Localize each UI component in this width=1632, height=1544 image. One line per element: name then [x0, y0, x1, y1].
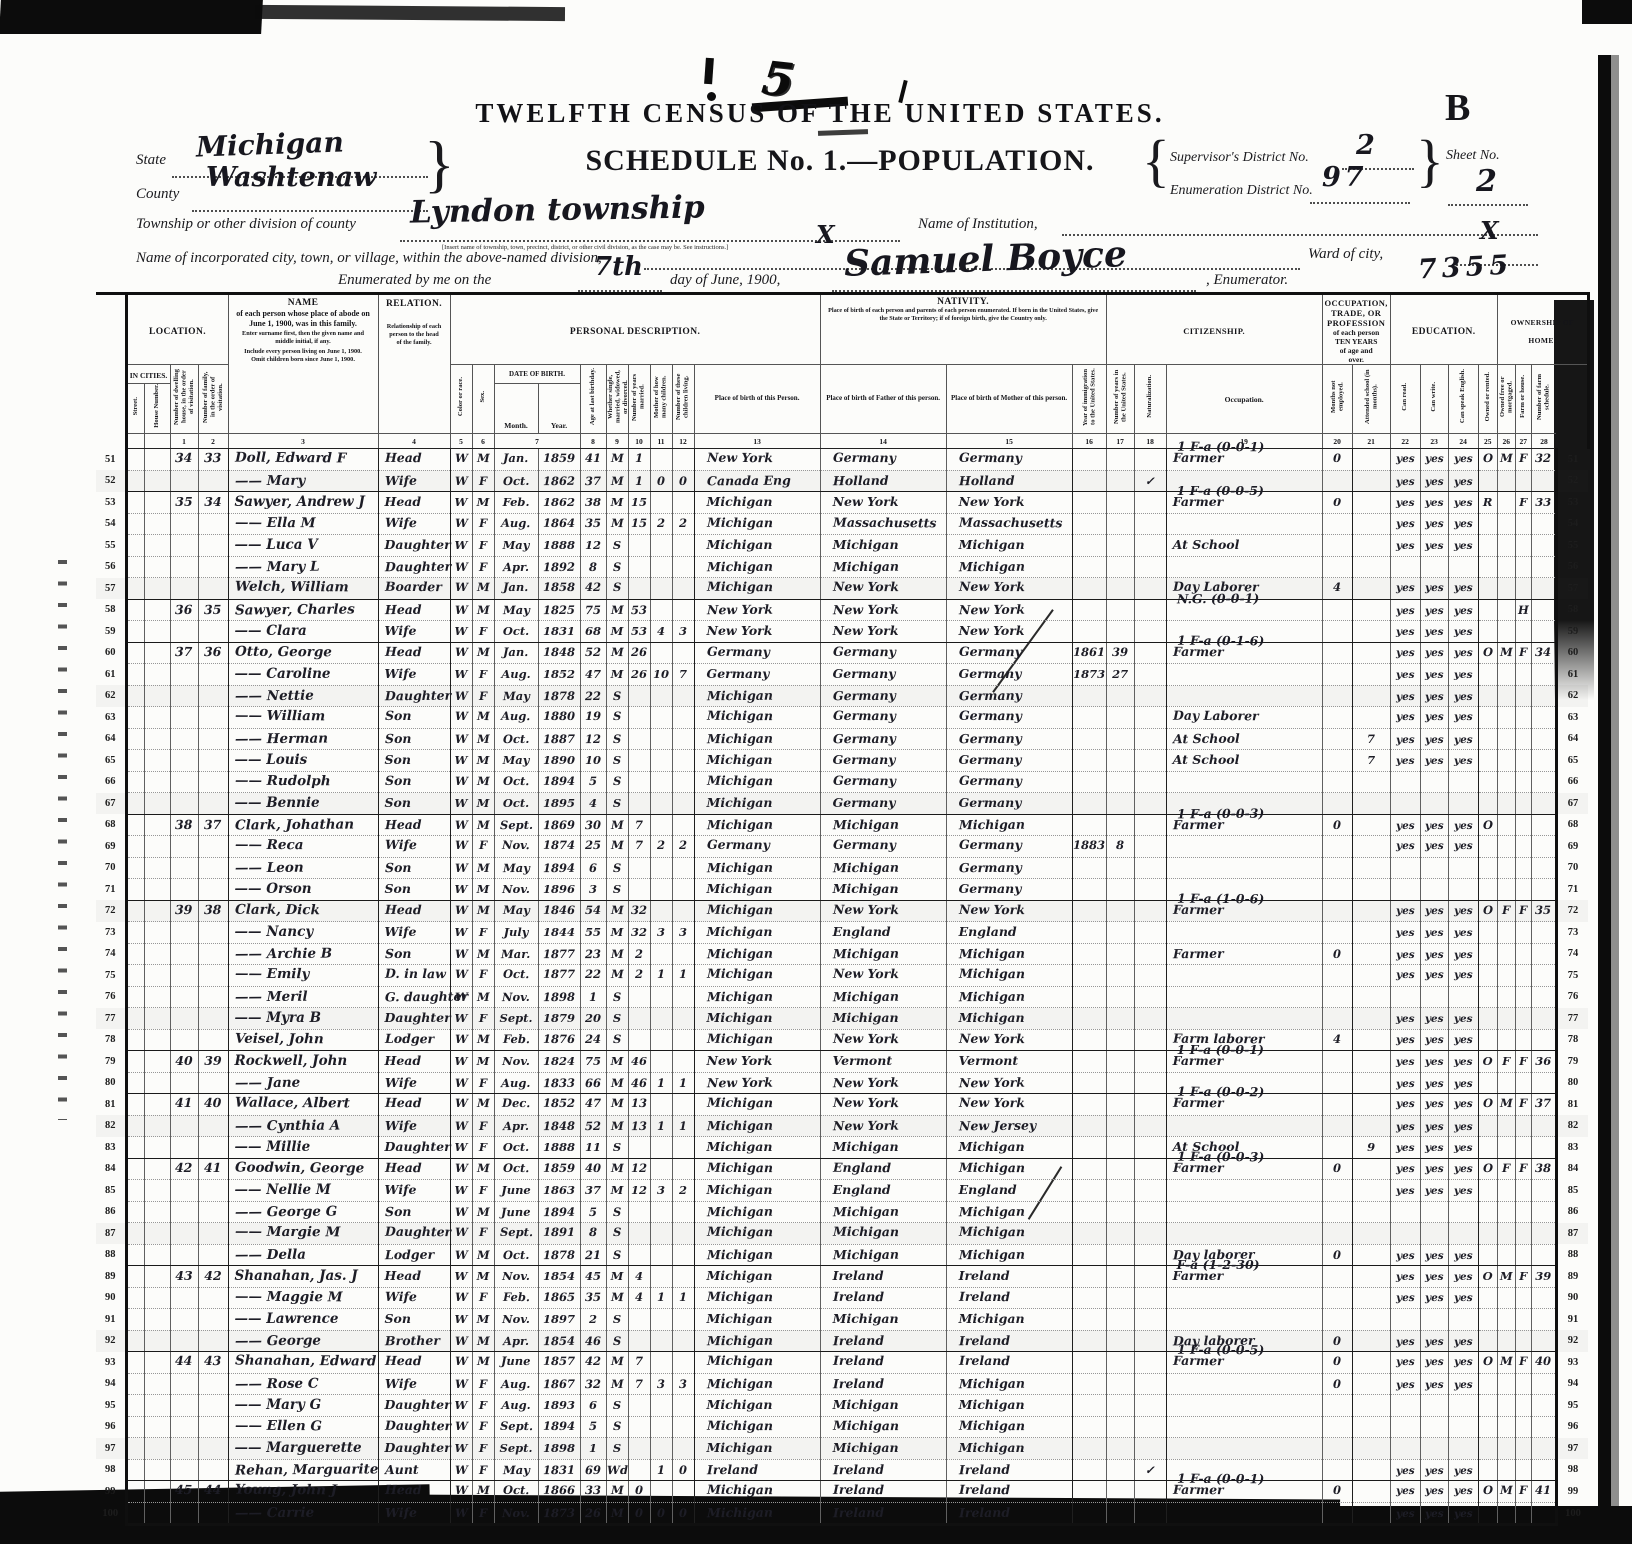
cell-value: Michigan [707, 1311, 773, 1326]
cell-value: W [454, 990, 467, 1004]
cell-value: 1 [679, 1290, 687, 1304]
cell-nm: —— Mary [228, 470, 378, 492]
cell-wr: yes [1420, 750, 1448, 772]
cell-f: 34 [198, 492, 228, 514]
row-number-left: 55 [96, 535, 126, 557]
cell-value: 8 [1116, 838, 1124, 852]
cell-ym: 2 [628, 965, 650, 987]
cell-value: Michigan [833, 558, 899, 574]
cell-wr: yes [1420, 836, 1448, 858]
cell-m: M [606, 922, 628, 944]
cell-value: Aug. [501, 1398, 530, 1412]
cell-value: 1852 [543, 667, 575, 681]
cell-b3: Germany [946, 707, 1072, 729]
cell-st [126, 1029, 144, 1051]
cell-o3 [1515, 1459, 1531, 1481]
cell-f [198, 1201, 228, 1223]
cell-hn [144, 664, 170, 686]
cell-value: Jan. [503, 580, 528, 594]
cell-iy [1072, 707, 1106, 729]
cell-value: W [455, 1483, 468, 1497]
cell-b3: Germany [946, 836, 1072, 858]
cell-f [198, 728, 228, 750]
cell-value: 9 [1367, 1140, 1375, 1154]
cell-f [198, 556, 228, 578]
cell-o2 [1497, 556, 1515, 578]
occupation-annotation: N.G. (0-0-1) [1177, 590, 1259, 606]
cell-f [198, 771, 228, 793]
cell-value: yes [1396, 1379, 1415, 1391]
cell-o1: O [1478, 900, 1497, 922]
cell-mu [1322, 771, 1352, 793]
cell-sc [1352, 1094, 1390, 1116]
cell-value: M [611, 838, 624, 852]
cell-b2: New York [820, 1029, 946, 1051]
cell-value: 1 [657, 1290, 665, 1304]
cell-value: yes [1396, 647, 1415, 659]
row-number-left: 71 [96, 879, 126, 901]
cell-b2: Michigan [820, 535, 946, 557]
cell-value: yes [1396, 1078, 1415, 1090]
cell-rd: yes [1390, 1373, 1420, 1395]
cell-o4 [1531, 728, 1556, 750]
cell-value: Oct. [503, 967, 529, 981]
cell-na [1134, 1352, 1166, 1374]
cell-value: 45 [175, 1482, 193, 1497]
cell-value: yes [1454, 840, 1473, 852]
cell-ym [628, 685, 650, 707]
cell-value: 40 [175, 1053, 192, 1068]
cell-value: Wife [384, 515, 416, 530]
cell-c: W [450, 1158, 472, 1180]
header-education: EDUCATION. [1390, 294, 1497, 365]
cell-sc [1352, 1309, 1390, 1331]
cell-value: 34 [204, 494, 221, 509]
cell-ym [628, 1438, 650, 1460]
cell-value: Lodger [384, 1031, 433, 1046]
cell-sc: 9 [1352, 1137, 1390, 1159]
cell-value: Michigan [706, 1160, 772, 1175]
ward-value: X [1480, 216, 1499, 245]
cell-en [1448, 1223, 1478, 1245]
cell-value: S [613, 732, 621, 746]
cell-value: yes [1454, 518, 1473, 530]
cell-value: Germany [959, 795, 1022, 810]
cell-o1 [1478, 771, 1497, 793]
cell-o3: F [1515, 1352, 1531, 1374]
cell-value: Wife [385, 924, 417, 939]
header-citizenship: CITIZENSHIP. [1106, 294, 1322, 365]
row-number-left: 87 [96, 1223, 126, 1245]
cell-cl [672, 986, 694, 1008]
cell-value: 0 [1333, 1334, 1341, 1348]
cell-m: M [606, 1051, 628, 1073]
cell-s: M [472, 1352, 494, 1374]
cell-st [126, 814, 144, 836]
cell-age: 46 [580, 1330, 606, 1352]
cell-iu [1106, 556, 1134, 578]
cell-value: yes [1454, 927, 1473, 939]
cell-iu [1106, 1029, 1134, 1051]
cell-c: W [450, 1072, 472, 1094]
cell-d [170, 986, 198, 1008]
cell-st [126, 1373, 144, 1395]
cell-value: Daughter [385, 537, 451, 552]
cell-o2 [1497, 470, 1515, 492]
cell-nm: Rockwell, John [228, 1051, 378, 1073]
header-dwelling-number: Number of dwelling house, in the order o… [170, 365, 198, 434]
cell-value: Sept. [499, 1419, 532, 1433]
cell-mc: 0 [650, 470, 672, 492]
cell-o4: 38 [1531, 1158, 1556, 1180]
row-number-right: 86 [1556, 1201, 1588, 1223]
cell-value: O [1483, 1354, 1493, 1368]
cell-mo: Oct. [494, 1158, 538, 1180]
cell-o2 [1497, 836, 1515, 858]
cell-nm: —— Della [228, 1244, 378, 1266]
cell-yr: 1857 [538, 1352, 580, 1374]
cell-value: W [454, 732, 467, 746]
cell-iu [1106, 965, 1134, 987]
cell-na [1134, 1201, 1166, 1223]
cell-rd [1390, 1395, 1420, 1417]
cell-value: W [455, 967, 468, 981]
cell-yr: 1876 [538, 1029, 580, 1051]
cell-hn [144, 1008, 170, 1030]
cell-sc [1352, 814, 1390, 836]
cell-value: yes [1396, 1465, 1415, 1477]
cell-value: 1862 [543, 474, 575, 488]
cell-value: New York [833, 902, 899, 917]
cell-rel: Wife [378, 1502, 450, 1525]
cell-b3: Michigan [946, 1395, 1072, 1417]
cell-sc [1352, 900, 1390, 922]
cell-c: W [450, 900, 472, 922]
cell-mc [650, 750, 672, 772]
cell-sc [1352, 1115, 1390, 1137]
cell-o3: F [1515, 900, 1531, 922]
cell-value: F [1519, 1354, 1527, 1368]
cell-mo: Oct. [494, 470, 538, 492]
cell-en: yes [1448, 1373, 1478, 1395]
cell-st [126, 470, 144, 492]
cell-o4: 35 [1531, 900, 1556, 922]
cell-b2: Michigan [820, 556, 946, 578]
cell-o4 [1531, 814, 1556, 836]
row-number-left: 60 [96, 642, 126, 664]
cell-st [126, 793, 144, 815]
cell-na [1134, 664, 1166, 686]
cell-wr: yes [1420, 1180, 1448, 1202]
cell-value: M [477, 1054, 490, 1068]
cell-mu [1322, 1438, 1352, 1460]
cell-value: Michigan [706, 1031, 772, 1046]
cell-b1: Michigan [694, 1373, 820, 1395]
cell-value: Veisel, John [234, 1030, 323, 1047]
cell-oc [1166, 513, 1322, 535]
cell-f: 40 [198, 1094, 228, 1116]
cell-iu [1106, 685, 1134, 707]
cell-value: yes [1425, 969, 1444, 981]
cell-mc [650, 793, 672, 815]
cell-s: F [472, 1373, 494, 1395]
cell-wr: yes [1420, 535, 1448, 557]
enumeration-district-value: 97 [1322, 162, 1368, 193]
cell-value: Rockwell, John [235, 1053, 348, 1069]
cell-en: yes [1448, 492, 1478, 514]
cell-value: Ireland [959, 1333, 1010, 1348]
cell-mo: May [494, 857, 538, 879]
cell-mc [650, 1223, 672, 1245]
cell-d: 41 [170, 1094, 198, 1116]
cell-b3: New York [946, 1094, 1072, 1116]
cell-value: 1852 [543, 1096, 575, 1110]
cell-st [126, 1459, 144, 1481]
census-row: 683837Clark, JohathanHeadWMSept.186930M7… [96, 814, 1588, 836]
cell-value: Germany [959, 644, 1022, 659]
cell-o2 [1497, 1287, 1515, 1309]
cell-value: M [1500, 645, 1513, 659]
cell-value: yes [1425, 1356, 1444, 1368]
cell-age: 41 [580, 449, 606, 471]
cell-value: 1893 [543, 1398, 575, 1412]
cell-mo: Jan. [494, 449, 538, 471]
cell-s: M [472, 642, 494, 664]
cell-d [170, 879, 198, 901]
cell-value: 75 [585, 1054, 601, 1068]
column-number: 2 [198, 434, 228, 449]
cell-o4 [1531, 1137, 1556, 1159]
cell-value: Massachusetts [833, 514, 937, 530]
cell-oc: F-a (1-2-30)Farmer [1166, 1266, 1322, 1288]
scan-mark [704, 58, 714, 84]
cell-yr: 1898 [538, 986, 580, 1008]
cell-ym [628, 857, 650, 879]
cell-oc [1166, 556, 1322, 578]
cell-d [170, 1223, 198, 1245]
row-number-right: 79 [1556, 1051, 1588, 1073]
cell-wr [1420, 1309, 1448, 1331]
cell-b3: Michigan [946, 1223, 1072, 1245]
cell-mc: 3 [650, 922, 672, 944]
cell-wr [1420, 857, 1448, 879]
cell-b2: New York [820, 599, 946, 621]
cell-value: 1 [657, 1463, 665, 1477]
cell-iu [1106, 1395, 1134, 1417]
cell-c: W [450, 750, 472, 772]
column-number: 10 [628, 434, 650, 449]
cell-st [126, 1438, 144, 1460]
column-number: 25 [1478, 434, 1497, 449]
cell-yr: 1869 [538, 814, 580, 836]
cell-yr: 1895 [538, 793, 580, 815]
cell-cl [672, 1029, 694, 1051]
cell-hn [144, 556, 170, 578]
column-number: 16 [1072, 434, 1106, 449]
census-row: 98Rehan, MarguariteAuntWFMay183169Wd10Ir… [96, 1459, 1588, 1481]
cell-mo: Feb. [494, 1287, 538, 1309]
cell-c: W [450, 1309, 472, 1331]
cell-value: Germany [833, 795, 896, 810]
cell-value: Shanahan, Edward [234, 1353, 375, 1370]
cell-value: F [479, 1119, 487, 1133]
cell-value: 47 [585, 1096, 601, 1110]
cell-value: Oct. [503, 1140, 529, 1154]
cell-ym: 26 [628, 664, 650, 686]
cell-ym [628, 1008, 650, 1030]
row-number-left: 77 [96, 1008, 126, 1030]
cell-nm: —— Nettie [228, 685, 378, 707]
cell-value: yes [1454, 820, 1473, 832]
cell-d: 44 [170, 1352, 198, 1374]
cell-o2 [1497, 1244, 1515, 1266]
cell-value: 53 [631, 624, 647, 638]
cell-ym [628, 771, 650, 793]
cell-value: M [477, 796, 490, 810]
cell-m: M [606, 1115, 628, 1137]
cell-f [198, 664, 228, 686]
cell-value: Michigan [706, 1375, 772, 1391]
cell-rel: Wife [378, 1115, 450, 1137]
cell-value: 0 [1333, 1354, 1341, 1368]
cell-wr: yes [1420, 1244, 1448, 1266]
cell-value: —— Orson [235, 881, 312, 897]
cell-value: —— Rose C [234, 1375, 318, 1392]
cell-rd [1390, 1416, 1420, 1438]
cell-iy [1072, 1094, 1106, 1116]
cell-mo: Apr. [494, 556, 538, 578]
row-number-right: 55 [1556, 535, 1588, 557]
cell-mc [650, 1244, 672, 1266]
cell-value: M [477, 990, 490, 1004]
cell-value: —— Ellen G [234, 1417, 321, 1434]
supervisor-district-value: 2 [1356, 130, 1375, 161]
cell-value: yes [1425, 626, 1444, 638]
cell-value: New York [959, 623, 1025, 638]
cell-na [1134, 1416, 1166, 1438]
cell-b3: Ireland [946, 1459, 1072, 1481]
cell-wr: yes [1420, 1330, 1448, 1352]
cell-sc [1352, 1438, 1390, 1460]
cell-f [198, 1137, 228, 1159]
cell-value: M [611, 1377, 624, 1391]
cell-value: 12 [585, 732, 601, 746]
cell-b2: New York [820, 965, 946, 987]
cell-value: Ireland [959, 1289, 1010, 1304]
cell-value: 1878 [543, 1248, 575, 1262]
cell-f [198, 965, 228, 987]
cell-value: S [613, 1032, 621, 1046]
cell-b1: Michigan [694, 1158, 820, 1180]
cell-d [170, 1201, 198, 1223]
cell-o2 [1497, 1459, 1515, 1481]
cell-ym [628, 728, 650, 750]
cell-mc [650, 728, 672, 750]
cell-rd: yes [1390, 664, 1420, 686]
cell-age: 10 [580, 750, 606, 772]
cell-age: 47 [580, 664, 606, 686]
cell-m: S [606, 535, 628, 557]
cell-cl [672, 1352, 694, 1374]
cell-value: 1 [679, 967, 687, 981]
cell-o1 [1478, 1072, 1497, 1094]
row-number-right: 84 [1556, 1158, 1588, 1180]
cell-na [1134, 1223, 1166, 1245]
cell-mc [650, 449, 672, 471]
cell-value: W [455, 796, 468, 810]
cell-rel: Daughter [378, 685, 450, 707]
cell-m: M [606, 1352, 628, 1374]
cell-wr: yes [1420, 621, 1448, 643]
cell-hn [144, 599, 170, 621]
cell-iu [1106, 857, 1134, 879]
row-number-right: 90 [1556, 1287, 1588, 1309]
sheet-number-label: Sheet No. [1446, 148, 1500, 164]
cell-value: W [455, 538, 468, 552]
cell-value: 35 [204, 602, 222, 617]
cell-mu [1322, 599, 1352, 621]
header-owned-or-rented: Owned or rented. [1478, 365, 1497, 434]
cell-b1: Michigan [694, 879, 820, 901]
cell-c: W [450, 793, 472, 815]
cell-mu [1322, 986, 1352, 1008]
cell-o2 [1497, 1137, 1515, 1159]
cell-value: M [1500, 1096, 1513, 1110]
cell-value: 1859 [543, 451, 575, 465]
cell-value: M [611, 495, 624, 509]
cell-wr: yes [1420, 513, 1448, 535]
cell-mc [650, 1266, 672, 1288]
cell-o2 [1497, 707, 1515, 729]
cell-age: 5 [580, 771, 606, 793]
row-number-left: 76 [96, 986, 126, 1008]
cell-value: —— Louis [235, 752, 308, 768]
cell-b2: Ireland [820, 1481, 946, 1503]
cell-mu: 0 [1322, 1158, 1352, 1180]
cell-f: 33 [198, 449, 228, 471]
cell-yr: 1896 [538, 879, 580, 901]
cell-mu [1322, 1072, 1352, 1094]
header-occupation-col: Occupation. [1166, 365, 1322, 434]
cell-value: Wife [384, 1289, 416, 1304]
cell-b2: New York [820, 900, 946, 922]
cell-iy [1072, 1266, 1106, 1288]
cell-value: —— Mary G [235, 1397, 322, 1413]
cell-value: 1854 [543, 1269, 575, 1283]
cell-st [126, 1115, 144, 1137]
cell-na [1134, 621, 1166, 643]
cell-value: F [479, 1419, 487, 1433]
cell-yr: 1894 [538, 857, 580, 879]
cell-hn [144, 1416, 170, 1438]
cell-oc [1166, 1309, 1322, 1331]
enumeration-district-label: Enumeration District No. [1170, 183, 1313, 199]
cell-b3: New York [946, 621, 1072, 643]
cell-rd: yes [1390, 685, 1420, 707]
cell-b2: Germany [820, 664, 946, 686]
cell-c: W [450, 513, 472, 535]
row-number-left: 69 [96, 836, 126, 858]
cell-mu [1322, 1137, 1352, 1159]
cell-rd: yes [1390, 1072, 1420, 1094]
cell-ym: 2 [628, 943, 650, 965]
cell-m: M [606, 513, 628, 535]
cell-mu [1322, 470, 1352, 492]
cell-value: Daughter [385, 1010, 451, 1025]
cell-age: 22 [580, 965, 606, 987]
cell-cl [672, 556, 694, 578]
cell-b3: Ireland [946, 1330, 1072, 1352]
